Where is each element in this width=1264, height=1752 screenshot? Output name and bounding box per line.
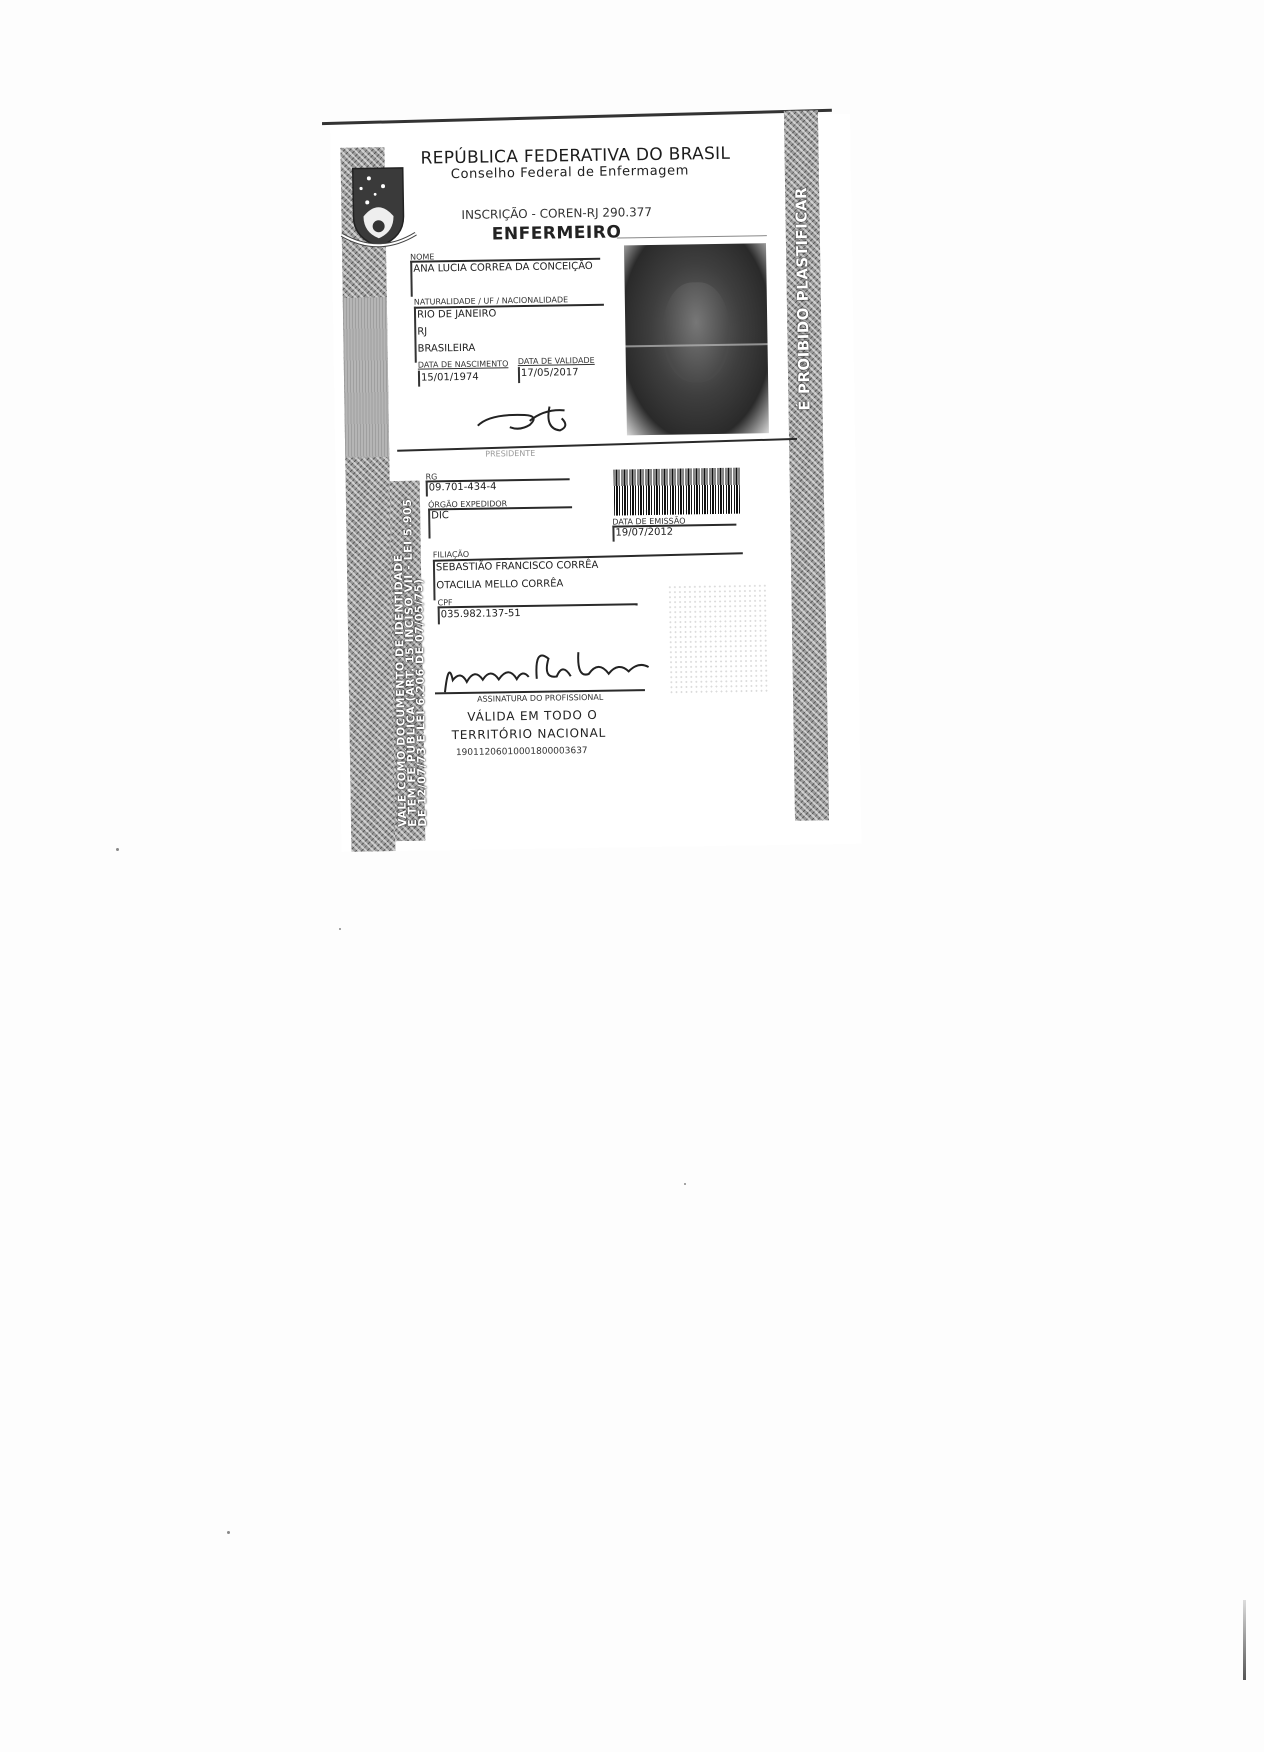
validity-date-label: DATA DE VALIDADE — [518, 356, 595, 366]
cpf-bracket — [438, 606, 440, 624]
rg-bracket — [426, 481, 428, 497]
naturalidade-bracket — [414, 307, 416, 363]
validity-date-bracket — [518, 367, 520, 383]
name-bracket — [410, 261, 412, 297]
rg-value: 09.701-434-4 — [429, 481, 497, 493]
filiation-label: FILIAÇÃO — [433, 550, 469, 560]
issuer-value: DIC — [431, 510, 449, 521]
father-value: SEBASTIÃO FRANCISCO CORRÊA — [436, 560, 598, 574]
validity-line-1: VÁLIDA EM TODO O — [467, 708, 597, 724]
scan-speck — [116, 848, 119, 851]
birthdate-label: DATA DE NASCIMENTO — [418, 359, 509, 369]
birthdate-bracket — [418, 371, 420, 387]
uf-value: RJ — [417, 326, 427, 337]
barcode — [613, 468, 740, 516]
faded-stamp — [667, 583, 769, 695]
validity-line-2: TERRITÓRIO NACIONAL — [452, 726, 607, 742]
card-top-edge — [322, 109, 832, 125]
coren-id-card: VALE COMO DOCUMENTO DE IDENTIDADE E TEM … — [330, 114, 861, 852]
scan-speck — [339, 928, 341, 930]
scan-speck — [684, 1183, 686, 1185]
grain-panel — [343, 297, 390, 458]
mother-value: OTACILIA MELLO CORRÊA — [436, 578, 563, 591]
holder-photo — [624, 243, 769, 435]
serial-number: 19011206010001800003637 — [456, 746, 588, 758]
president-rule — [397, 438, 797, 452]
validity-date-value: 17/05/2017 — [521, 367, 579, 379]
holder-signature-label: ASSINATURA DO PROFISSIONAL — [477, 693, 603, 704]
cpf-rule — [438, 603, 638, 608]
filiation-bracket — [433, 560, 435, 600]
right-security-band: É PROIBIDO PLASTIFICAR — [784, 110, 829, 820]
scan-edge-mark — [1243, 1600, 1246, 1680]
left-text-band: VALE COMO DOCUMENTO DE IDENTIDADE E TEM … — [390, 481, 426, 841]
nationality-value: BRASILEIRA — [417, 343, 475, 355]
profession-title: ENFERMEIRO — [492, 222, 622, 244]
scan-speck — [227, 1531, 230, 1534]
president-label: PRESIDENTE — [485, 449, 535, 459]
issue-date-bracket — [612, 526, 614, 542]
photo-top-line — [617, 235, 767, 238]
header-subtitle: Conselho Federal de Enfermagem — [451, 163, 689, 182]
birthdate-value: 15/01/1974 — [421, 372, 479, 384]
issue-date-value: 19/07/2012 — [615, 527, 673, 539]
side-text-right: É PROIBIDO PLASTIFICAR — [792, 187, 814, 411]
issuer-bracket — [428, 508, 430, 538]
coat-of-arms-icon — [331, 156, 423, 257]
cpf-value: 035.982.137-51 — [441, 608, 521, 620]
president-signature-icon — [469, 398, 580, 440]
side-text-left-line3: DE 12/07/73 E LEI 6.206 DE 07/05/75) — [412, 578, 429, 826]
name-value: ANA LUCIA CORREA DA CONCEIÇÃO — [413, 261, 593, 275]
registration-number: INSCRIÇÃO - COREN-RJ 290.377 — [461, 205, 652, 222]
city-value: RIO DE JANEIRO — [417, 308, 496, 320]
holder-face — [663, 282, 731, 383]
